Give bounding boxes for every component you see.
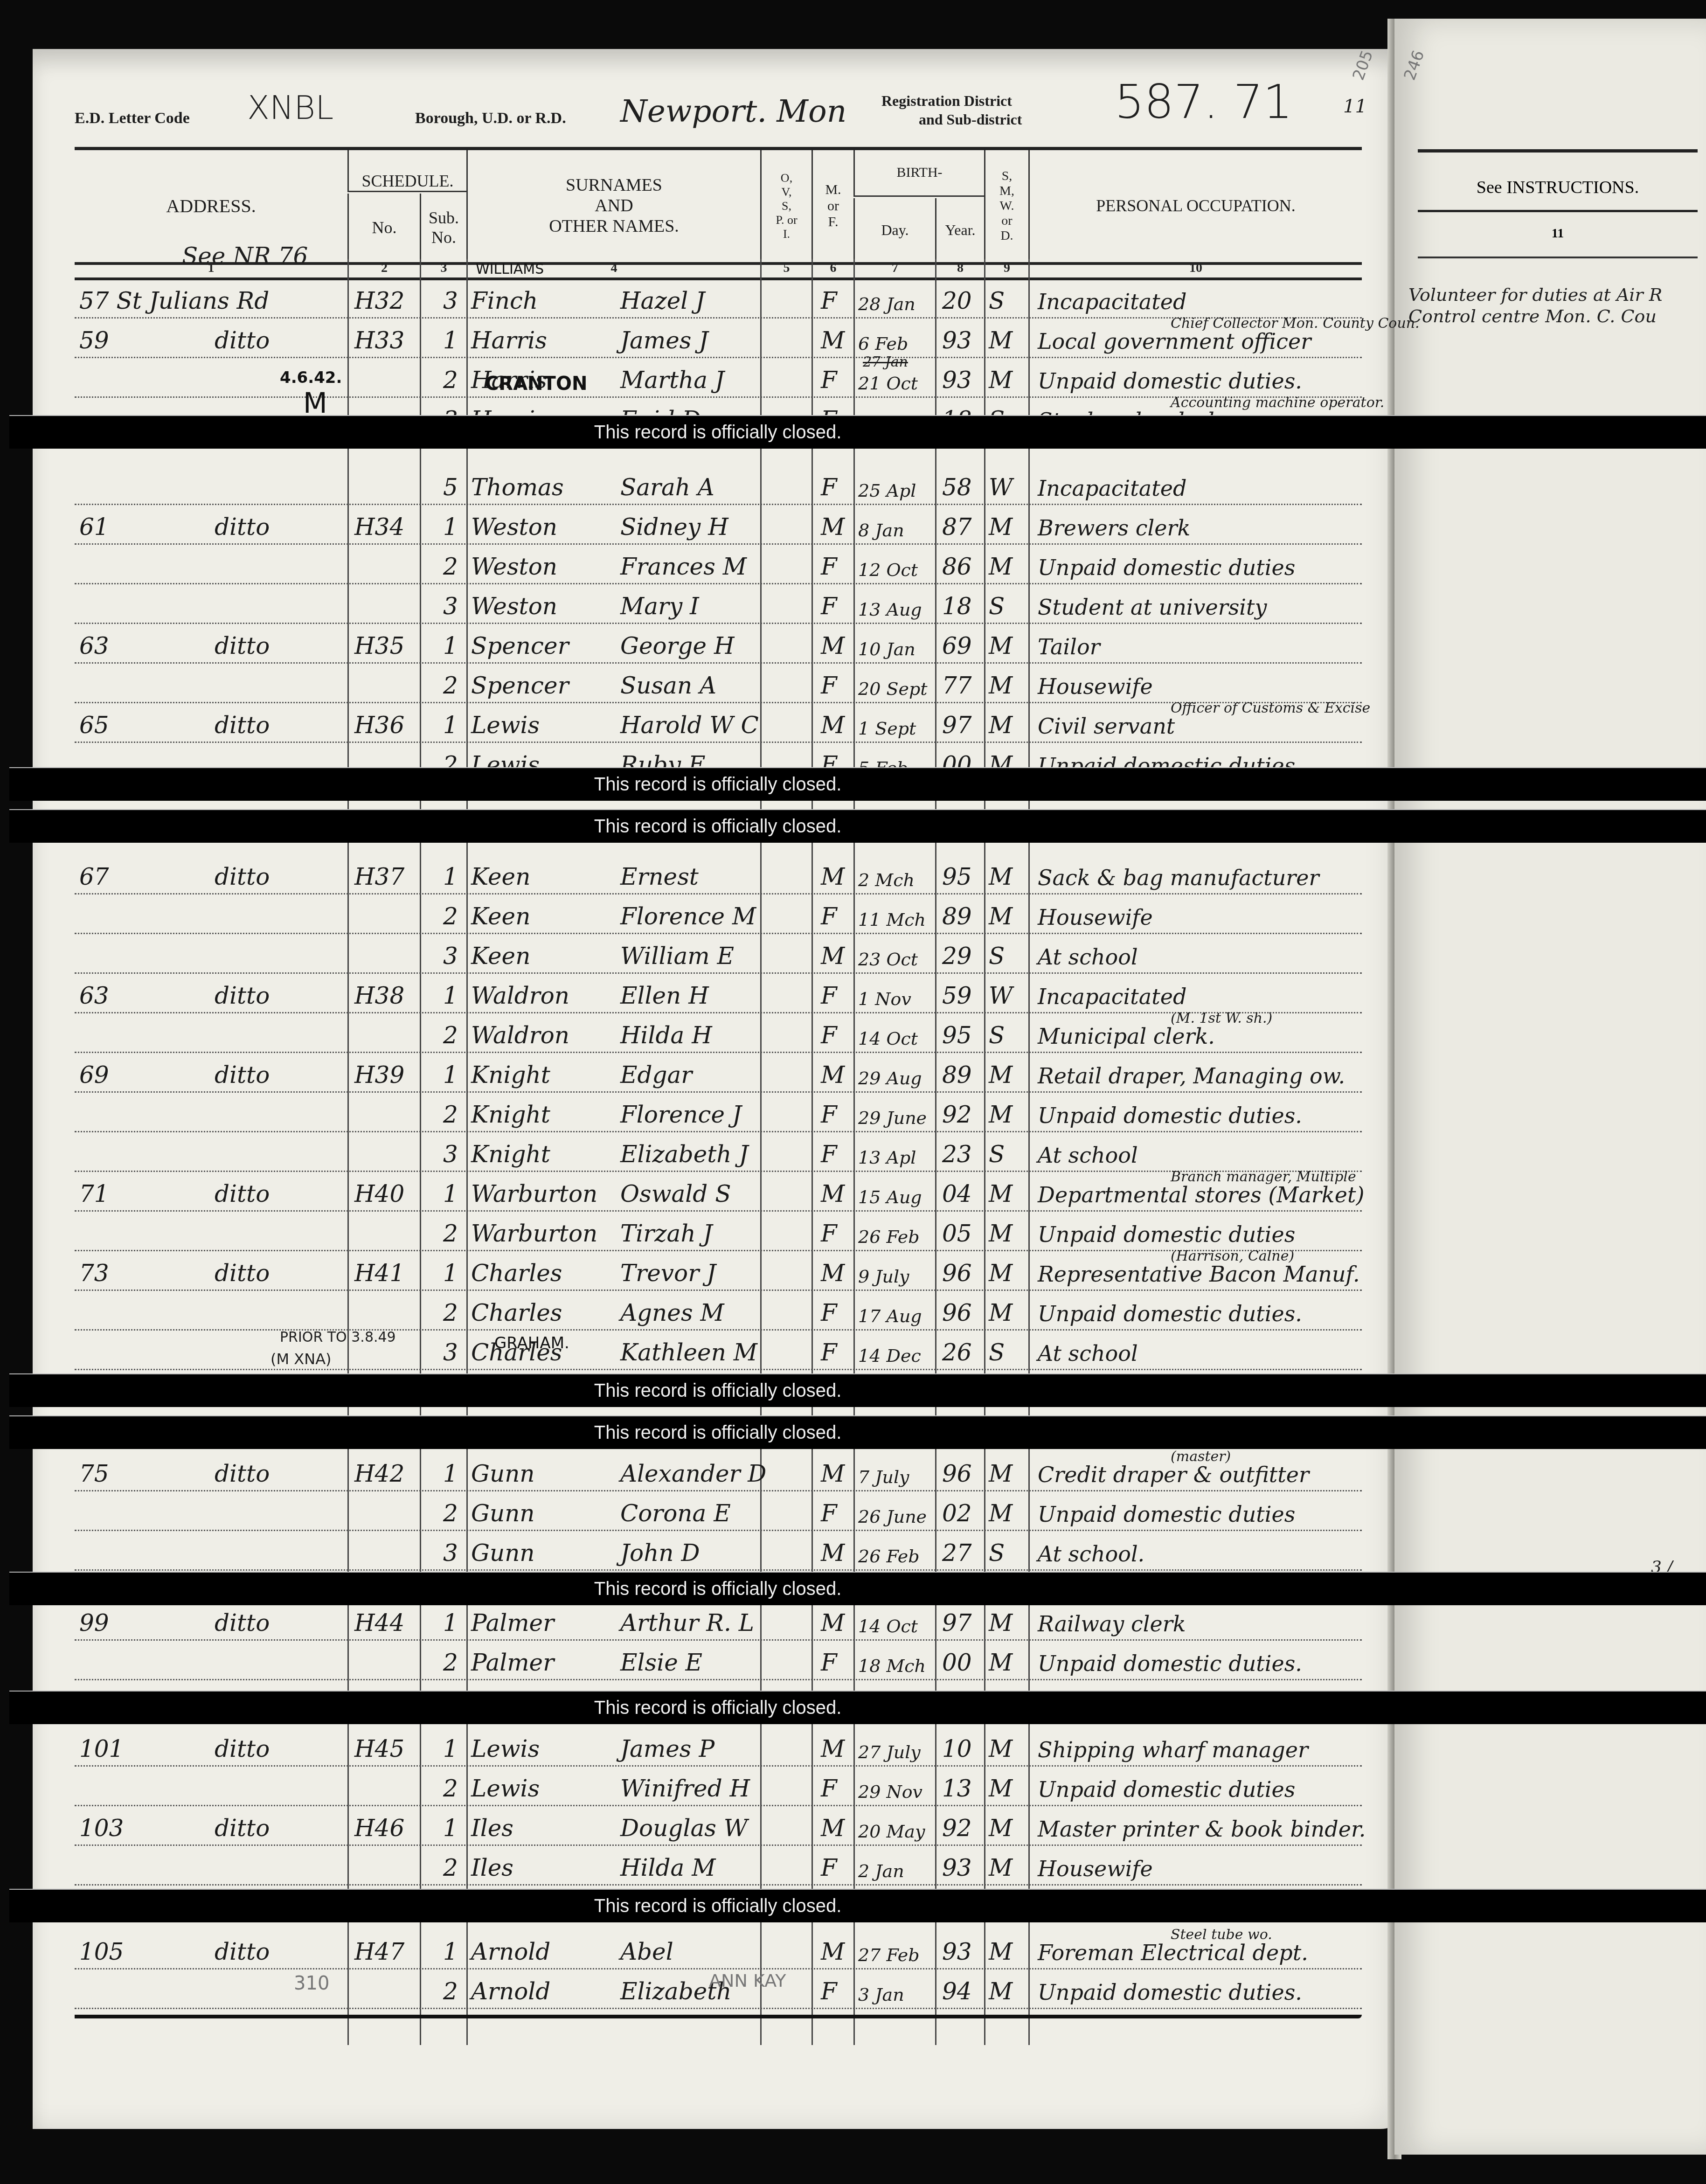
sub-no-cell: 3 [443, 943, 458, 970]
registration-label-2: and Sub-district [919, 111, 1022, 128]
address-cell: 65 [79, 712, 109, 739]
sex-cell: M [821, 1609, 845, 1636]
marital-cell: M [989, 1061, 1013, 1089]
sub-no-cell: 2 [443, 1220, 458, 1247]
surname-cell: Lewis [471, 712, 540, 739]
occupation-cell: Shipping wharf manager [1038, 1737, 1308, 1762]
closed-record-text: This record is officially closed. [594, 1698, 842, 1719]
forename-cell: George H [620, 632, 735, 659]
census-row: 105dittoH471ArnoldAbelM27 Feb93MForeman … [75, 1928, 1362, 1969]
forename-cell: John D [620, 1539, 700, 1567]
sub-no-cell: 1 [443, 1938, 458, 1965]
sex-cell: F [821, 367, 837, 394]
birth-year-cell: 96 [942, 1299, 972, 1326]
marital-cell: M [989, 632, 1013, 659]
sex-cell: M [821, 1260, 845, 1287]
address-cell: 103 [79, 1815, 124, 1842]
sub-no-cell: 2 [443, 672, 458, 699]
address-cell: 99 [79, 1609, 109, 1636]
sub-no-cell: 1 [443, 1061, 458, 1089]
ed-letter-code-value: XNBL [247, 89, 333, 127]
birth-day-cell: 12 Oct [858, 560, 918, 580]
sex-cell: F [821, 1649, 837, 1676]
occupation-cell: Housewife [1038, 1856, 1153, 1881]
census-row: 2HarrisMartha JF21 Oct93MUnpaid domestic… [75, 357, 1362, 398]
pencil-310: 310 [294, 1973, 329, 1994]
surname-cell: Spencer [471, 672, 569, 699]
marital-cell: W [989, 982, 1013, 1009]
surname-cell: Waldron [471, 982, 569, 1009]
census-row: 2LewisWinifred HF29 Nov13MUnpaid domesti… [75, 1765, 1362, 1806]
marital-cell: M [989, 1978, 1013, 2005]
forename-cell: Hilda H [620, 1022, 712, 1049]
sub-no-cell: 2 [443, 1022, 458, 1049]
birth-day-cell: 20 Sept [858, 679, 928, 699]
closed-record-text: This record is officially closed. [594, 1380, 842, 1401]
borough-label: Borough, U.D. or R.D. [415, 110, 566, 127]
sub-no-cell: 2 [443, 1649, 458, 1676]
col-head-sub-no: Sub. No. [420, 194, 466, 262]
forename-cell: Hilda M [620, 1854, 716, 1881]
birth-year-cell: 92 [942, 1815, 972, 1842]
birth-day-cell: 26 Feb [858, 1227, 920, 1247]
address-cell: 63 [79, 982, 109, 1009]
census-row: 57 St Julians RdH323FinchHazel JF28 Jan2… [75, 277, 1362, 319]
ed-letter-code-label: E.D. Letter Code [75, 110, 190, 127]
birth-day-cell: 26 Feb [858, 1546, 920, 1567]
sub-no-cell: 1 [443, 1735, 458, 1762]
marital-cell: S [989, 287, 1005, 314]
surname-cell: Charles [471, 1260, 562, 1287]
address-ditto-cell: ditto [215, 1735, 270, 1762]
schedule-no-cell: H44 [354, 1609, 404, 1636]
birth-year-cell: 96 [942, 1460, 972, 1487]
sex-cell: M [821, 513, 845, 541]
marital-cell: M [989, 1649, 1013, 1676]
sub-no-cell: 1 [443, 1260, 458, 1287]
marital-cell: M [989, 1460, 1013, 1487]
sub-no-cell: 1 [443, 513, 458, 541]
birth-year-cell: 97 [942, 712, 972, 739]
forename-cell: Winifred H [620, 1775, 750, 1802]
prior-note-2: (M XNA) [270, 1350, 332, 1368]
sex-cell: F [821, 593, 837, 620]
birth-year-cell: 69 [942, 632, 972, 659]
forename-cell: Alexander D [620, 1460, 766, 1487]
col-head-birth-year: Year. [935, 198, 984, 262]
census-row: 2CharlesAgnes MF17 Aug96MUnpaid domestic… [75, 1290, 1362, 1331]
address-ditto-cell: ditto [215, 327, 270, 354]
census-row: 65dittoH361LewisHarold W CM1 Sept97MCivi… [75, 702, 1362, 743]
see-nr-note: See NR 76 [182, 243, 308, 270]
schedule-no-cell: H42 [354, 1460, 404, 1487]
birth-day-cell: 18 Mch [858, 1656, 926, 1676]
occupation-cell: Incapacitated [1038, 289, 1186, 314]
occupation-cell: Incapacitated [1038, 476, 1186, 501]
closed-record-redaction: This record is officially closed. [9, 1572, 1706, 1605]
address-ditto-cell: ditto [215, 712, 270, 739]
occupation-cell: At school [1038, 1341, 1138, 1366]
birth-day-cell: 26 June [858, 1506, 927, 1527]
marital-cell: M [989, 1500, 1013, 1527]
occupation-annotation: (M. 1st W. sh.) [1171, 1010, 1272, 1026]
address-cell: 105 [79, 1938, 124, 1965]
schedule-no-cell: H45 [354, 1735, 404, 1762]
sex-cell: F [821, 287, 837, 314]
closed-record-text: This record is officially closed. [594, 816, 842, 837]
sub-no-cell: 2 [443, 367, 458, 394]
address-cell: 67 [79, 863, 109, 890]
surname-cell: Palmer [471, 1609, 554, 1636]
closed-record-text: This record is officially closed. [594, 1422, 842, 1443]
marital-cell: S [989, 593, 1005, 620]
census-row: 3GunnJohn DM26 Feb27SAt school. [75, 1530, 1362, 1571]
occupation-cell: Unpaid domestic duties. [1038, 1103, 1302, 1128]
birth-year-cell: 93 [942, 367, 972, 394]
sub-no-cell: 2 [443, 903, 458, 930]
sub-no-cell: 2 [443, 1775, 458, 1802]
col-num-5: 5 [760, 259, 811, 277]
col-head-marital: S, M, W. or D. [984, 150, 1028, 262]
occupation-cell: Student at university [1038, 595, 1267, 620]
sex-cell: M [821, 1735, 845, 1762]
occupation-cell: Brewers clerk [1038, 515, 1190, 541]
census-row: 61dittoH341WestonSidney HM8 Jan87MBrewer… [75, 504, 1362, 545]
forename-cell: Edgar [620, 1061, 692, 1089]
occupation-cell: Unpaid domestic duties [1038, 1502, 1295, 1527]
cranton-date: 4.6.42. [280, 368, 342, 387]
surname-cell: Gunn [471, 1500, 535, 1527]
closed-record-redaction: This record is officially closed. [9, 767, 1706, 801]
occupation-cell: Unpaid domestic duties [1038, 1777, 1295, 1802]
surname-cell: Keen [471, 943, 530, 970]
birth-day-cell: 29 Aug [858, 1068, 922, 1089]
birth-year-cell: 93 [942, 1854, 972, 1881]
marital-cell: M [989, 712, 1013, 739]
surname-cell: Knight [471, 1061, 550, 1089]
marital-cell: M [989, 1815, 1013, 1842]
surname-cell: Harris [471, 327, 547, 354]
census-row: 73dittoH411CharlesTrevor JM9 July96MRepr… [75, 1250, 1362, 1291]
surname-cell: Thomas [471, 474, 564, 501]
birth-day-cell: 14 Oct [858, 1616, 918, 1636]
sex-cell: F [821, 1101, 837, 1128]
surname-cell: Charles [471, 1299, 562, 1326]
address-cell: 75 [79, 1460, 109, 1487]
census-row: 2KeenFlorence MF11 Mch89MHousewife [75, 893, 1362, 934]
census-row: 2WestonFrances MF12 Oct86MUnpaid domesti… [75, 543, 1362, 584]
sub-no-cell: 1 [443, 1609, 458, 1636]
sex-cell: M [821, 632, 845, 659]
occupation-annotation: Accounting machine operator. [1171, 395, 1384, 411]
birth-day-cell: 1 Nov [858, 989, 911, 1009]
instructions-header: See INSTRUCTIONS. 11 [1418, 93, 1706, 270]
schedule-no-cell: H47 [354, 1938, 404, 1965]
sex-cell: M [821, 943, 845, 970]
occupation-cell: Unpaid domestic duties. [1038, 1980, 1302, 2005]
address-cell: 71 [79, 1180, 109, 1207]
marital-cell: M [989, 553, 1013, 580]
marital-cell: S [989, 1339, 1005, 1366]
forename-cell: Sarah A [620, 474, 714, 501]
registration-suffix: 11 [1343, 96, 1367, 117]
census-row: 103dittoH461IlesDouglas WM20 May92MMaste… [75, 1805, 1362, 1846]
marital-cell: M [989, 1854, 1013, 1881]
schedule-no-cell: H36 [354, 712, 404, 739]
census-row: 63dittoH381WaldronEllen HF1 Nov59WIncapa… [75, 972, 1362, 1013]
closed-record-text: This record is officially closed. [594, 774, 842, 795]
census-row: 71dittoH401WarburtonOswald SM15 Aug04MDe… [75, 1171, 1362, 1212]
birth-year-cell: 10 [942, 1735, 972, 1762]
forename-cell: Trevor J [620, 1260, 716, 1287]
surname-cell: Knight [471, 1101, 550, 1128]
occupation-cell: Civil servant [1038, 714, 1175, 739]
birth-day-cell: 6 Feb [858, 333, 908, 354]
address-ditto-cell: ditto [215, 863, 270, 890]
marital-cell: M [989, 672, 1013, 699]
census-row: 67dittoH371KeenErnestM2 Mch95MSack & bag… [75, 853, 1362, 894]
closed-record-text: This record is officially closed. [594, 1896, 842, 1917]
occupation-annotation: (Harrison, Calne) [1171, 1248, 1294, 1264]
col-head-birth-day: Day. [853, 198, 935, 262]
surname-cell: Lewis [471, 1735, 540, 1762]
birth-year-cell: 92 [942, 1101, 972, 1128]
address-ditto-cell: ditto [215, 1938, 270, 1965]
surname-cell: Arnold [471, 1938, 550, 1965]
census-row: 2WaldronHilda HF14 Oct95SMunicipal clerk… [75, 1012, 1362, 1053]
surname-cell: Warburton [471, 1180, 597, 1207]
schedule-no-cell: H39 [354, 1061, 404, 1089]
sub-no-cell: 3 [443, 287, 458, 314]
sub-no-cell: 2 [443, 1299, 458, 1326]
occupation-cell: Housewife [1038, 674, 1153, 699]
marital-cell: M [989, 327, 1013, 354]
sex-cell: F [821, 1141, 837, 1168]
birth-year-cell: 23 [942, 1141, 972, 1168]
sub-no-cell: 2 [443, 1978, 458, 2005]
occupation-cell: At school [1038, 1143, 1138, 1168]
sex-cell: F [821, 1854, 837, 1881]
surname-cell: Keen [471, 863, 530, 890]
occupation-cell: Sack & bag manufacturer [1038, 865, 1319, 890]
marital-cell: S [989, 943, 1005, 970]
col-head-instructions: See INSTRUCTIONS. [1418, 177, 1698, 198]
sub-no-cell: 5 [443, 474, 458, 501]
sub-no-cell: 1 [443, 712, 458, 739]
forename-cell: Douglas W [620, 1815, 748, 1842]
col-head-ovspi: O, V, S, P. or I. [760, 150, 811, 262]
address-cell: 69 [79, 1061, 109, 1089]
forename-cell: Corona E [620, 1500, 731, 1527]
birth-year-cell: 93 [942, 327, 972, 354]
closed-record-redaction: This record is officially closed. [9, 1889, 1706, 1922]
surname-cell: Lewis [471, 1775, 540, 1802]
address-cell: 73 [79, 1260, 109, 1287]
census-row: 63dittoH351SpencerGeorge HM10 Jan69MTail… [75, 623, 1362, 664]
col-num-8: 8 [935, 259, 984, 277]
surname-cell: Arnold [471, 1978, 550, 2005]
surname-cell: Keen [471, 903, 530, 930]
marital-cell: M [989, 903, 1013, 930]
forename-cell: Elizabeth J [620, 1141, 748, 1168]
birth-day-cell: 9 July [858, 1266, 909, 1287]
col-num-3: 3 [420, 259, 466, 277]
forename-cell: James J [620, 327, 708, 354]
marital-cell: M [989, 1260, 1013, 1287]
occupation-cell: Tailor [1038, 634, 1100, 659]
census-row: 69dittoH391KnightEdgarM29 Aug89MRetail d… [75, 1052, 1362, 1093]
sub-no-cell: 1 [443, 1460, 458, 1487]
col-head-names: SURNAMES AND OTHER NAMES. [466, 150, 760, 262]
surname-cell: Weston [471, 593, 557, 620]
surname-cell: Palmer [471, 1649, 554, 1676]
sex-cell: F [821, 903, 837, 930]
forename-cell: Frances M [620, 553, 747, 580]
marital-cell: S [989, 1141, 1005, 1168]
schedule-no-cell: H33 [354, 327, 404, 354]
birth-year-cell: 04 [942, 1180, 972, 1207]
marital-cell: M [989, 1775, 1013, 1802]
birth-year-cell: 93 [942, 1938, 972, 1965]
occupation-cell: At school [1038, 944, 1138, 970]
sex-cell: F [821, 1220, 837, 1247]
address-cell: 63 [79, 632, 109, 659]
forename-cell: Oswald S [620, 1180, 731, 1207]
marital-cell: M [989, 863, 1013, 890]
borough-value: Newport. Mon [620, 93, 846, 129]
address-ditto-cell: ditto [215, 1815, 270, 1842]
sub-no-cell: 1 [443, 982, 458, 1009]
occupation-cell: Representative Bacon Manuf. [1038, 1262, 1360, 1287]
occupation-annotation: Steel tube wo. [1171, 1927, 1272, 1943]
col-num-6: 6 [811, 259, 853, 277]
birth-year-cell: 18 [942, 593, 972, 620]
birth-day-cell: 8 Jan [858, 520, 904, 541]
ann-kay-note: ANN KAY [709, 1970, 786, 1991]
birth-day-cell: 2 Jan [858, 1861, 904, 1881]
census-row: 59dittoH331HarrisJames JM6 Feb93MLocal g… [75, 317, 1362, 358]
col-num-7: 7 [853, 259, 935, 277]
marital-cell: M [989, 1609, 1013, 1636]
sub-no-cell: 1 [443, 632, 458, 659]
birth-year-cell: 77 [942, 672, 972, 699]
birth-year-cell: 58 [942, 474, 972, 501]
forename-cell: Mary I [620, 593, 699, 620]
occupation-cell: Railway clerk [1038, 1611, 1186, 1636]
marital-cell: M [989, 1938, 1013, 1965]
sex-cell: M [821, 712, 845, 739]
marital-cell: M [989, 1299, 1013, 1326]
address-ditto-cell: ditto [215, 1460, 270, 1487]
birth-year-cell: 26 [942, 1339, 972, 1366]
birth-day-cell: 20 May [858, 1821, 925, 1842]
birth-day-cell: 25 Apl [858, 480, 916, 501]
address-ditto-cell: ditto [215, 1061, 270, 1089]
right-page [1394, 19, 1706, 2155]
birth-day-cell: 13 Apl [858, 1147, 916, 1168]
sex-cell: F [821, 672, 837, 699]
occupation-cell: Unpaid domestic duties. [1038, 368, 1302, 394]
col-num-11: 11 [1418, 226, 1698, 241]
col-head-sex: M. or F. [811, 150, 853, 262]
col-num-10: 10 [1028, 259, 1362, 277]
birth-year-cell: 13 [942, 1775, 972, 1802]
birth-day-cell: 14 Dec [858, 1345, 921, 1366]
sex-cell: M [821, 1460, 845, 1487]
birth-year-cell: 89 [942, 1061, 972, 1089]
birth-day-cell: 10 Jan [858, 639, 915, 659]
col-head-birth-group: BIRTH- [853, 150, 984, 197]
census-row: 75dittoH421GunnAlexander DM7 July96MCred… [75, 1450, 1362, 1491]
forename-cell: Kathleen M [620, 1339, 757, 1366]
forename-cell: Sidney H [620, 513, 728, 541]
sex-cell: M [821, 1061, 845, 1089]
occupation-annotation: Chief Collector Mon. County Coun. [1171, 315, 1420, 332]
birth-year-cell: 97 [942, 1609, 972, 1636]
address-ditto-cell: ditto [215, 1260, 270, 1287]
sex-cell: M [821, 327, 845, 354]
occupation-cell: Unpaid domestic duties [1038, 555, 1295, 580]
occupation-cell: Credit draper & outfitter [1038, 1462, 1309, 1487]
marital-cell: M [989, 1220, 1013, 1247]
sex-cell: M [821, 863, 845, 890]
occupation-cell: Retail draper, Managing ow. [1038, 1063, 1345, 1089]
marital-cell: S [989, 1539, 1005, 1567]
census-row: 2PalmerElsie EF18 Mch00MUnpaid domestic … [75, 1639, 1362, 1680]
birth-day-cell: 15 Aug [858, 1187, 922, 1207]
occupation-cell: Municipal clerk. [1038, 1024, 1215, 1049]
birth-day-cell: 2 Mch [858, 870, 915, 890]
surname-cell: Gunn [471, 1460, 535, 1487]
forename-cell: Ernest [620, 863, 699, 890]
census-row: 2GunnCorona EF26 June02MUnpaid domestic … [75, 1490, 1362, 1531]
occupation-cell: Unpaid domestic duties. [1038, 1301, 1302, 1326]
schedule-no-cell: H37 [354, 863, 404, 890]
birth-year-cell: 94 [942, 1978, 972, 2005]
sex-cell: M [821, 1815, 845, 1842]
birth-day-cell: 3 Jan [858, 1984, 904, 2005]
sub-no-cell: 3 [443, 593, 458, 620]
birth-year-cell: 20 [942, 287, 972, 314]
schedule-no-cell: H40 [354, 1180, 404, 1207]
sub-no-cell: 3 [443, 1339, 458, 1366]
schedule-no-cell: H34 [354, 513, 404, 541]
sex-cell: M [821, 1539, 845, 1567]
birth-day-cell: 23 Oct [858, 949, 918, 970]
williams-stamp: WILLIAMS [476, 261, 544, 277]
census-row: 3WestonMary IF13 Aug18SStudent at univer… [75, 583, 1362, 624]
birth-day-cell: 7 July [858, 1467, 909, 1487]
col-head-schedule-group: SCHEDULE. [347, 150, 466, 192]
census-row: 5ThomasSarah AF25 Apl58WIncapacitated [75, 464, 1362, 505]
birth-year-cell: 59 [942, 982, 972, 1009]
birth-year-cell: 95 [942, 1022, 972, 1049]
census-row: 2KnightFlorence JF29 June92MUnpaid domes… [75, 1091, 1362, 1132]
closed-record-text: This record is officially closed. [594, 1579, 842, 1600]
forename-cell: William E [620, 943, 734, 970]
forename-cell: Elsie E [620, 1649, 702, 1676]
sex-cell: M [821, 1180, 845, 1207]
col-num-9: 9 [984, 259, 1028, 277]
sub-no-cell: 1 [443, 1180, 458, 1207]
birth-year-cell: 87 [942, 513, 972, 541]
census-row: 2IlesHilda MF2 Jan93MHousewife [75, 1844, 1362, 1886]
birth-year-cell: 29 [942, 943, 972, 970]
birth-year-cell: 27 [942, 1539, 972, 1567]
forename-cell: Hazel J [620, 287, 705, 314]
sub-no-cell: 1 [443, 1815, 458, 1842]
marital-cell: S [989, 1022, 1005, 1049]
